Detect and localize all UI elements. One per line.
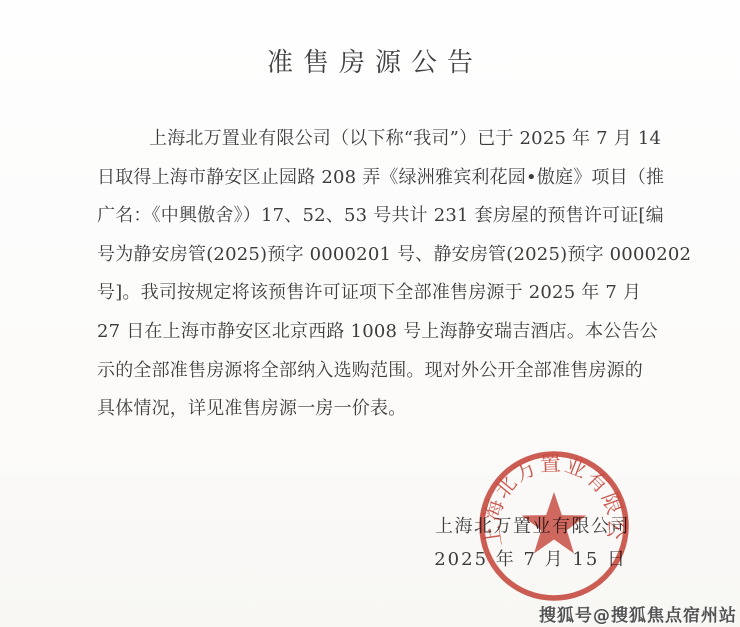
- body-line: 27 日在上海市静安区北京西路 1008 号上海静安瑞吉酒店。本公告公: [97, 313, 655, 352]
- sohu-watermark: 搜狐号@搜狐焦点宿州站: [539, 601, 737, 626]
- body-line: 日取得上海市静安区止园路 208 弄《绿洲雅宾利花园•傲庭》项目（推: [97, 159, 655, 198]
- document-title: 准售房源公告: [0, 42, 740, 79]
- body-line: 广名：《中興傲舍》）17、52、53 号共计 231 套房屋的预售许可证[编: [97, 197, 655, 236]
- body-line: 示的全部准售房源将全部纳入选购范围。现对外公开全部准售房源的: [97, 352, 655, 391]
- announcement-document: 准售房源公告 上海北万置业有限公司（以下称“我司”）已于 2025 年 7 月 …: [0, 0, 740, 627]
- announcement-body: 上海北万置业有限公司（以下称“我司”）已于 2025 年 7 月 14 日取得上…: [97, 120, 655, 429]
- body-line: 号为静安房管(2025)预字 0000201 号、静安房管(2025)预字 00…: [97, 236, 655, 275]
- signature-company-name: 上海北万置业有限公司: [435, 512, 630, 538]
- signature-date: 2025 年 7 月 15 日: [434, 545, 627, 571]
- body-line: 上海北万置业有限公司（以下称“我司”）已于 2025 年 7 月 14: [97, 120, 655, 159]
- body-line: 具体情况，详见准售房源一房一价表。: [97, 390, 655, 429]
- body-line: 号]。我司按规定将该预售许可证项下全部准售房源于 2025 年 7 月: [97, 274, 655, 313]
